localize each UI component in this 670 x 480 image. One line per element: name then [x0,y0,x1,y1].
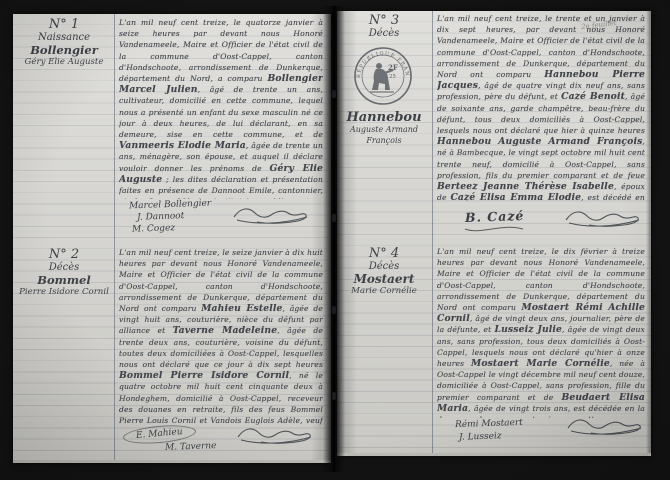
signature-flourish [463,223,525,233]
entry-number: N° 1 [17,18,111,32]
entry-margin-3: N° 3 Décès [339,14,429,40]
mayor-paraph-signature [235,424,315,446]
act-person-name: Cazé Elisa Emma Elodie [450,192,581,201]
entry-margin-1: N° 1 Naissance Bollengier Géry Elie Augu… [17,18,111,68]
act-type-label: Décès [339,28,429,40]
act-surname: Bommel [17,274,111,287]
act-person-name: Mahieu Estelle [201,303,282,314]
act-body-text-4: L'an mil neuf cent treize, le dix févrie… [437,246,645,418]
act-person-name: Lusseiz Julie [494,324,562,335]
act-person-name: Bommel Pierre Isidore Cornil [119,370,289,381]
stitch-mark [332,214,336,222]
entry-number: N° 2 [17,248,111,262]
witness-signature: Rémi Mostaert [455,418,523,430]
mayor-paraph-signature [231,204,311,226]
act-person-name: Vanmeeris Elodie Maria [119,140,246,151]
revenue-stamp-icon: RÉPUBLIQUE FRANÇAISE 2F 25 [352,45,414,107]
act-person-name: Mostaert Rémi [522,302,603,313]
entry-margin-2: N° 2 Décès Bommel Pierre Isidore Cornil [17,248,111,298]
entry-number: N° 4 [339,247,429,261]
act-person-name: Hannebou Auguste Armand François [437,136,642,147]
left-page: N° 1 Naissance Bollengier Géry Elie Augu… [13,14,331,463]
entry-margin-4: N° 4 Décès Mostaert Marie Cornélie [339,247,429,297]
act-body-text-1: L'an mil neuf cent treize, le quatorze j… [119,17,323,199]
entry-margin-3-name: Hannebou Auguste Armand François [339,111,429,146]
binding-gutter [323,6,345,472]
act-person-name: Taverne Madeleine [173,325,278,336]
witness-signature: Marcel Bollengier [129,199,211,212]
page-edge [646,11,651,453]
registry-scan: N° 1 Naissance Bollengier Géry Elie Augu… [0,0,670,480]
act-person-name: Berteez Jeanne Thérèse Isabelle [437,181,614,192]
stitch-mark [332,392,336,400]
witness-signature: M. Cogez [132,223,175,234]
act-surname: Hannebou [339,111,429,124]
stitch-mark [332,90,336,98]
act-given-names: Marie Cornélie [339,286,429,297]
act-given-names: Auguste Armand François [339,124,429,146]
mayor-paraph-signature [565,415,645,437]
act-given-names: Géry Elie Auguste [17,57,111,68]
right-page: N° 3 Décès RÉPUBLIQUE FRANÇAISE 2F 25 Ha… [337,11,651,456]
act-person-name: Mostaert Marie Cornélie [471,358,610,369]
act-body-text-2: L'an mil neuf cent treize, le seize janv… [119,247,323,427]
svg-text:25: 25 [389,74,396,80]
mayor-paraph-signature [563,207,643,229]
svg-text:2F: 2F [388,63,398,72]
margin-rule [432,11,433,453]
entry-number: N° 3 [339,14,429,28]
stitch-mark [332,306,336,314]
act-surname: Mostaert [339,273,429,286]
act-surname: Bollengier [17,44,111,57]
act-body-text-3: L'an mil neuf cent treize, le trente et … [437,13,645,201]
witness-signature: M. Taverne [165,441,217,453]
act-given-names: Pierre Isidore Cornil [17,287,111,298]
act-person-name: Cazé Benoit [561,91,625,102]
witness-signature: J. Lusseiz [459,431,502,442]
margin-rule [114,14,115,460]
witness-signature: J. Dannoot [137,211,185,223]
